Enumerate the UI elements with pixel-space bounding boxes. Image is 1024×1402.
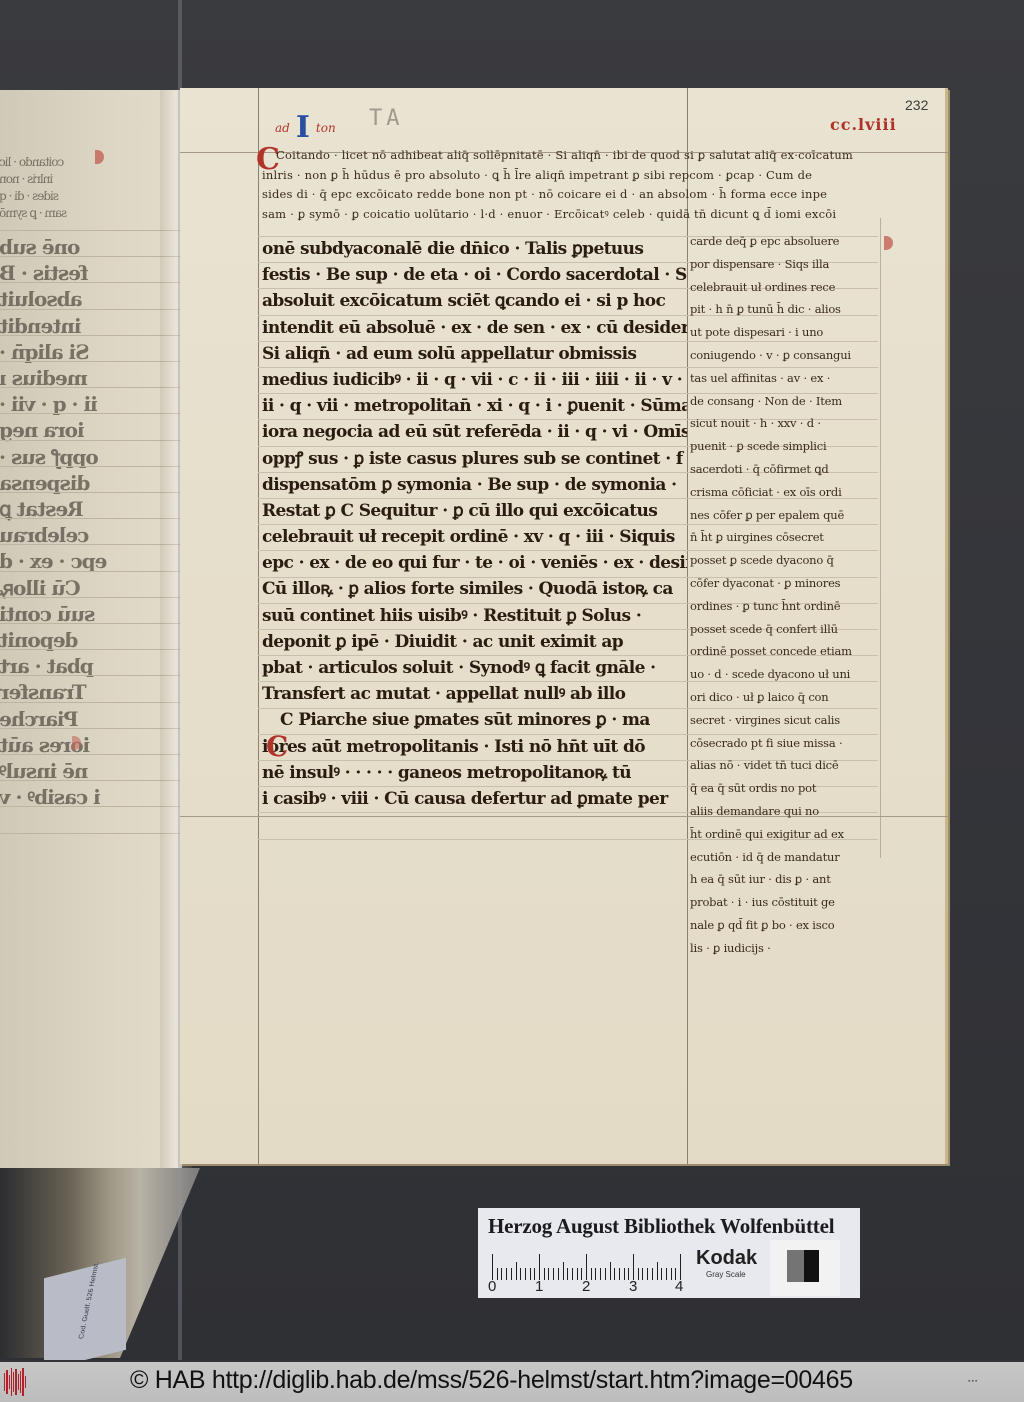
show-through-line: sam · ꝑ symō: [0, 201, 108, 225]
kodak-brand: Kodak: [696, 1247, 757, 1270]
ruling-line: [0, 282, 182, 283]
gray-scale-label: Gray Scale: [706, 1270, 746, 1279]
main-text-line: suū continet hiis uisibꝰ · Restituit ꝑ S…: [262, 603, 687, 629]
ruler-tick: [661, 1268, 662, 1280]
main-text-line: iores aūt metropolitanis · Isti nō hn̄t …: [262, 734, 687, 760]
side-gloss-line: nes cōfer ꝑ per epalem quē: [690, 504, 890, 527]
side-gloss-line: sicut nouit · h · xxv · d ·: [690, 412, 890, 435]
ruler-tick: [619, 1268, 620, 1280]
calibration-card: Herzog August Bibliothek Wolfenbüttel 0 …: [478, 1208, 860, 1298]
ruler-number: 0: [488, 1278, 496, 1295]
ruler-tick: [586, 1254, 587, 1280]
ruling-line: [0, 649, 182, 650]
main-text-line: absoluit excōicatum sciēt ꝗcando ei · si…: [262, 288, 687, 314]
side-gloss-line: h̄t ordinē qui exigitur ad ex: [690, 823, 890, 846]
library-name: Herzog August Bibliothek Wolfenbüttel: [488, 1214, 834, 1239]
ruling-line: [0, 833, 182, 834]
side-gloss-line: carde deq̄ ꝑ epc absoluere: [690, 230, 890, 253]
side-gloss-line: secret · virgines sicut calis: [690, 709, 890, 732]
main-text-line: deponit ꝑ ipē · Diuidit · ac unit eximit…: [262, 629, 687, 655]
folio-number-red: cc.lviii: [830, 115, 897, 134]
main-text-line: nē insulꝰ · · · · · ganeos metropolitano…: [262, 760, 687, 786]
ruler-number: 3: [629, 1278, 637, 1295]
ruler-tick: [647, 1268, 648, 1280]
gloss-line: sides di · q̄ epc excōicato redde bone n…: [262, 185, 882, 205]
main-text-line: oppꝭ sus · ꝑ iste casus plures sub se co…: [262, 446, 687, 472]
main-text-line: dispensatōm ꝑ symonia · Be sup · de symo…: [262, 472, 687, 498]
main-text-line: Si aliqn̄ · ad eum solū appellatur obmis…: [262, 341, 687, 367]
ruling-line: [0, 780, 182, 781]
side-gloss-line: h ea q̄ sūt iur · dis ꝑ · ant: [690, 868, 890, 891]
side-gloss-line: ori dico · uł ꝑ laico q̄ con: [690, 686, 890, 709]
ruling-line: [0, 754, 182, 755]
main-text-line: medius iudicibꝰ · ii · q · vii · c · ii …: [262, 367, 687, 393]
gloss-line: sam · ꝑ symō · ꝑ coicatio uolūtario · l·…: [262, 205, 882, 225]
ruling-line: [0, 518, 182, 519]
ruling-line: [0, 728, 182, 729]
side-gloss-line: por dispensare · Siqs illa: [690, 253, 890, 276]
main-text-line: Cū illoꝶ · ꝑ alios forte similes · Quodā…: [262, 576, 687, 602]
main-text-line: Transfert ac mutat · appellat nullꝰ ab i…: [262, 681, 687, 707]
ruler-tick: [530, 1268, 531, 1280]
ruler-tick: [600, 1268, 601, 1280]
ruler-tick: [657, 1262, 658, 1280]
ruler-tick: [614, 1268, 615, 1280]
running-head-right: ton: [316, 121, 336, 135]
side-gloss-line: nale ꝑ qd̄ fit ꝑ bo · ex isco: [690, 914, 890, 937]
ruler-tick: [539, 1254, 540, 1280]
ruling-line: [0, 335, 182, 336]
ruler-tick: [595, 1268, 596, 1280]
side-gloss-line: ordinē posset concede etiam: [690, 640, 890, 663]
main-text-line: intendit eū absoluē · ex · de sen · ex ·…: [262, 315, 687, 341]
ruler-tick: [492, 1254, 493, 1280]
gloss-line: Coitando · licet nō adhibeat aliq̄ sollē…: [262, 146, 882, 166]
side-gloss-line: tas uel affinitas · av · ex ·: [690, 367, 890, 390]
frame-line-left: [258, 88, 259, 1164]
shelfmark-text: Cod. Guelf. 526 Helmst.: [78, 1262, 100, 1339]
main-text-line: pbat · articulos soluit · Synodꝰ ꝗ facit…: [262, 655, 687, 681]
ruler-tick: [666, 1268, 667, 1280]
side-gloss-line: q̄ ea q̄ sūt ordis no pot: [690, 777, 890, 800]
ruling-line: [0, 571, 182, 572]
copyright-url[interactable]: © HAB http://diglib.hab.de/mss/526-helms…: [130, 1366, 853, 1395]
running-head-left: ad: [275, 121, 290, 135]
ruling-line: [0, 702, 182, 703]
ruler-tick: [642, 1268, 643, 1280]
main-text-line: onē subdyaconalē die dn̄ico · Talis ꝑpet…: [262, 236, 687, 262]
side-gloss-line: ut pote dispesari · i uno: [690, 321, 890, 344]
ruler-tick: [610, 1262, 611, 1280]
side-gloss-line: crisma cōficiat · ex oīs ordi: [690, 481, 890, 504]
ruler-tick: [548, 1268, 549, 1280]
main-text-line: i casibꝰ · viii · Cū causa defertur ad ꝑ…: [262, 786, 687, 812]
side-gloss-column: carde deq̄ ꝑ epc absoluerepor dispensare…: [690, 230, 890, 960]
side-gloss-line: uo · d · scede dyacono uł uni: [690, 663, 890, 686]
ruler-number: 2: [582, 1278, 590, 1295]
main-text-line: epc · ex · de eo qui fur · te · oi · ven…: [262, 550, 687, 576]
side-gloss-line: coniugendo · v · ꝑ consangui: [690, 344, 890, 367]
ruler-scale: [492, 1252, 682, 1280]
ruler-tick: [680, 1254, 681, 1280]
ruler-tick: [511, 1268, 512, 1280]
ruler-tick: [553, 1268, 554, 1280]
ruling-line: [0, 623, 182, 624]
ruler-tick: [563, 1262, 564, 1280]
hab-logo-icon[interactable]: [4, 1368, 26, 1396]
side-gloss-line: ordines · ꝑ tunc h̄nt ordinē: [690, 595, 890, 618]
side-gloss-line: aliis demandare qui no: [690, 800, 890, 823]
manuscript-scan: coitando · licinlris · nonsides · di · q…: [0, 0, 1024, 1360]
ruler-tick: [516, 1262, 517, 1280]
ruling-line: [0, 413, 182, 414]
side-gloss-line: n̄ h̄t ꝑ uirgines cōsecret: [690, 526, 890, 549]
main-text-line: Restat ꝑ C Sequitur · ꝑ cū illo qui excō…: [262, 498, 687, 524]
ruling-line: [0, 492, 182, 493]
ruler-tick: [671, 1268, 672, 1280]
running-head: ad I ton: [275, 118, 336, 138]
side-gloss-line: cōsecrado pt fi siue missa ·: [690, 732, 890, 755]
main-text-line: iora negocia ad eū sūt referēda · ii · q…: [262, 419, 687, 445]
ruling-line: [0, 675, 182, 676]
side-gloss-line: posset scede q̄ confert illū: [690, 618, 890, 641]
ruler-tick: [591, 1268, 592, 1280]
side-gloss-line: probat · i · ius cōstituit ge: [690, 891, 890, 914]
side-gloss-line: cōfer dyaconat · ꝑ minores: [690, 572, 890, 595]
main-text-column: onē subdyaconalē die dn̄ico · Talis ꝑpet…: [262, 236, 687, 812]
side-gloss-line: puenit · ꝑ scede simplici: [690, 435, 890, 458]
folio-number-pencil: 232: [905, 97, 928, 113]
ruler-number: 1: [535, 1278, 543, 1295]
main-text-line: festis · Be sup · de eta · oi · Cordo sa…: [262, 262, 687, 288]
ruler-tick: [506, 1268, 507, 1280]
ruling-line: [0, 309, 182, 310]
ruler-tick: [605, 1268, 606, 1280]
ruling-line: [0, 230, 182, 231]
red-initial-p: C: [266, 730, 288, 763]
side-gloss-line: lis · ꝑ iudicijs ·: [690, 937, 890, 960]
ruler-tick: [652, 1268, 653, 1280]
main-text-line: ii · q · vii · metropolitan̄ · xi · q · …: [262, 393, 687, 419]
frame-line-middle: [687, 88, 688, 1164]
ruler-tick: [633, 1254, 634, 1280]
ruling-line: [0, 466, 182, 467]
ruling-line: [0, 544, 182, 545]
folio-right-edge: [945, 88, 948, 1164]
side-gloss-line: sacerdoti · q̄ cōfirmet ꝗd: [690, 458, 890, 481]
ruler-tick: [497, 1268, 498, 1280]
ruler-tick: [525, 1268, 526, 1280]
side-gloss-line: pit · h n̄ ꝑ tunū h̄ dic · alios: [690, 298, 890, 321]
pencil-mark: AT: [365, 106, 400, 131]
ruler-tick: [520, 1268, 521, 1280]
ruler-tick: [501, 1268, 502, 1280]
gloss-line: inlris · non ꝑ h̄ hūdus ē pro absoluto ·…: [262, 166, 882, 186]
ruler-tick: [558, 1268, 559, 1280]
corner-mark: ▪▪▪: [968, 1378, 978, 1385]
ruling-line: [0, 806, 182, 807]
ruler-number: 4: [675, 1278, 683, 1295]
side-gloss-line: alias nō · videt tn̄ tuci dicē: [690, 754, 890, 777]
ruling-line: [0, 361, 182, 362]
side-gloss-line: de consang · Non de · Item: [690, 390, 890, 413]
ruler-tick: [572, 1268, 573, 1280]
blue-initial: I: [296, 118, 310, 138]
ruling-line: [0, 440, 182, 441]
ruler-tick: [638, 1268, 639, 1280]
ruling-line: [0, 597, 182, 598]
main-text-line: celebrauit uł recepit ordinē · xv · q · …: [262, 524, 687, 550]
side-gloss-line: ecutiōn · id q̄ de mandatur: [690, 846, 890, 869]
ruling-line: [0, 256, 182, 257]
left-facing-page: coitando · licinlris · nonsides · di · q…: [0, 90, 182, 1170]
ruler-tick: [577, 1268, 578, 1280]
ruler-tick: [624, 1268, 625, 1280]
side-gloss-line: celebrauit uł ordines rece: [690, 276, 890, 299]
side-gloss-line: posset ꝑ scede dyacono q̄: [690, 549, 890, 572]
viewer-footer: © HAB http://diglib.hab.de/mss/526-helms…: [0, 1362, 1024, 1402]
ruling-line: [0, 387, 182, 388]
main-text-line: C Piarche siue ꝑmates sūt minores ꝑ · ma: [262, 707, 687, 733]
gray-swatch: [787, 1250, 804, 1282]
ruler-tick: [544, 1268, 545, 1280]
ruler-tick: [567, 1268, 568, 1280]
black-swatch: [804, 1250, 819, 1282]
top-gloss: Coitando · licet nō adhibeat aliq̄ sollē…: [262, 146, 882, 224]
